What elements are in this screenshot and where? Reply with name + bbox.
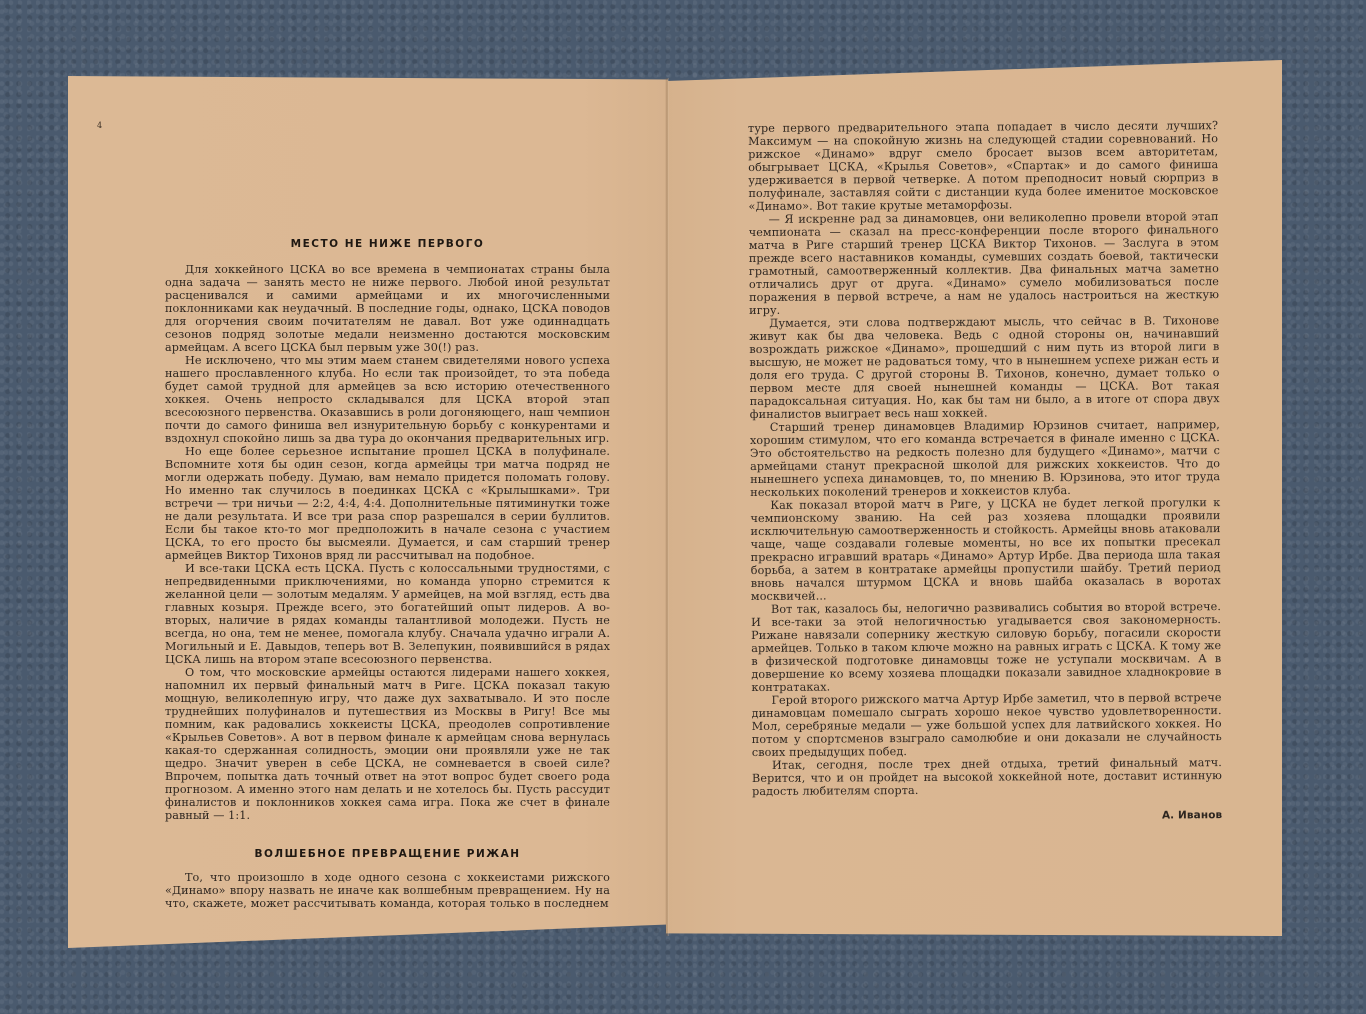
article-paragraph: То, что произошло в ходе одного сезона с… [165,871,610,910]
article-title: ВОЛШЕБНОЕ ПРЕВРАЩЕНИЕ РИЖАН [165,848,610,861]
article-title: МЕСТО НЕ НИЖЕ ПЕРВОГО [165,238,610,251]
article-paragraph: Как показал второй матч в Риге, у ЦСКА н… [750,496,1221,603]
article-paragraph: Не исключено, что мы этим маем станем св… [165,354,610,445]
article-paragraph: О том, что московские армейцы остаются л… [165,666,610,822]
article-paragraph: Думается, эти слова подтверждают мысль, … [749,314,1220,421]
article-paragraph: Итак, сегодня, после трех дней отдыха, т… [752,756,1222,798]
article-paragraph: Герой второго рижского матча Артур Ирбе … [751,691,1221,759]
page-marker: 4 [97,121,102,130]
article-paragraph: Для хоккейного ЦСКА во все времена в чем… [165,263,610,354]
article-paragraph: Старший тренер динамовцев Владимир Юрзин… [750,418,1220,499]
article-paragraph: Но еще более серьезное испытание прошел … [165,445,610,562]
right-column: туре первого предварительного этапа попа… [748,119,1222,825]
article-paragraph: Вот так, казалось бы, нелогично развивал… [751,600,1222,694]
booklet-spine [665,78,669,936]
article-paragraph: туре первого предварительного этапа попа… [748,119,1219,213]
left-column: МЕСТО НЕ НИЖЕ ПЕРВОГО Для хоккейного ЦСК… [165,238,610,910]
article-paragraph: И все-таки ЦСКА есть ЦСКА. Пусть с колос… [165,562,610,666]
open-booklet: 4 МЕСТО НЕ НИЖЕ ПЕРВОГО Для хоккейного Ц… [0,0,1366,1014]
article-paragraph: — Я искренне рад за динамовцев, они вели… [749,210,1220,317]
